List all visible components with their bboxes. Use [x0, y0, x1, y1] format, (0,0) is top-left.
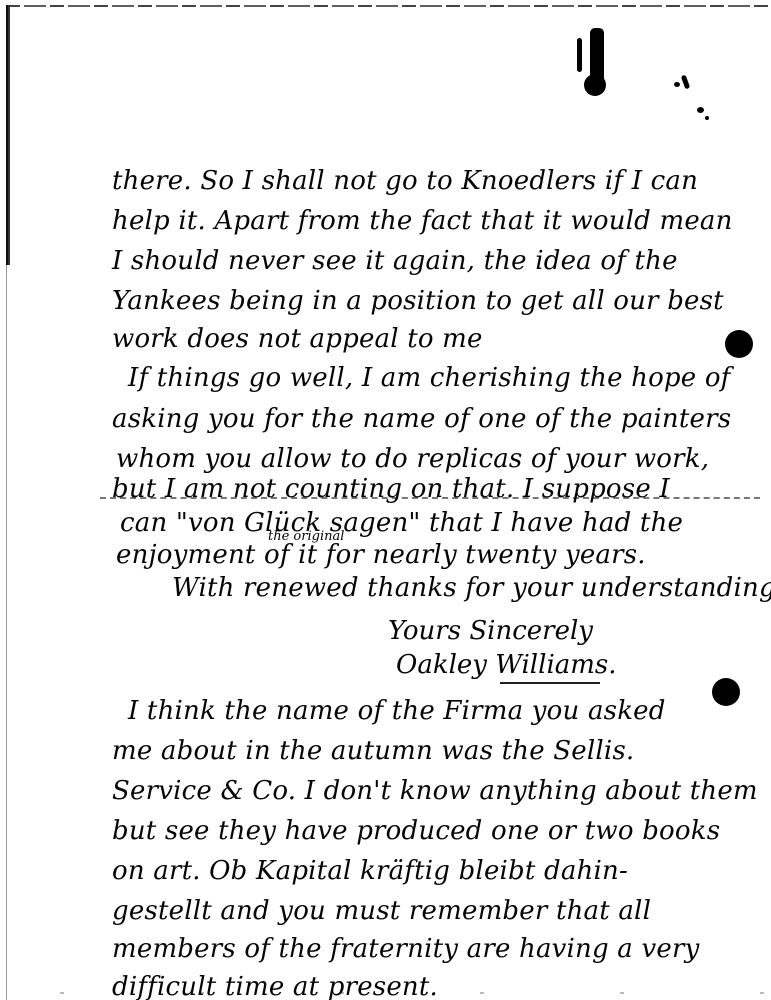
paragraph-3-line-1: With renewed thanks for your understandi… [172, 575, 771, 601]
scan-left-edge [6, 5, 11, 265]
letter-page: there. So I shall not go to Knoedlers if… [0, 0, 771, 1000]
valediction: Yours Sincerely [388, 616, 593, 646]
postscript-line-8: difficult time at present. [112, 974, 438, 1000]
paragraph-1-line-3: I should never see it again, the idea of… [112, 248, 678, 274]
paragraph-2-line-6: enjoyment of it for nearly twenty years. [116, 542, 646, 568]
signature: Oakley Williams. [396, 650, 617, 680]
paragraph-1-line-2: help it. Apart from the fact that it wou… [112, 208, 733, 234]
paragraph-2-line-5: can "von Glück sagen" that I have had th… [120, 510, 683, 536]
paragraph-1-line-5: work does not appeal to me [112, 326, 483, 352]
signature-underline [500, 682, 600, 684]
paragraph-2-line-2: asking you for the name of one of the pa… [112, 406, 731, 432]
postscript-line-7: members of the fraternity are having a v… [112, 936, 699, 962]
postscript-line-5: on art. Ob Kapital kräftig bleibt dahin- [112, 858, 628, 884]
postscript-line-4: but see they have produced one or two bo… [112, 818, 720, 844]
ink-blot-icon [577, 38, 582, 72]
ink-speck-icon [674, 82, 680, 87]
ink-speck-icon [681, 75, 690, 90]
ink-speck-icon [705, 116, 709, 120]
punch-hole-icon [712, 678, 740, 706]
postscript-line-6: gestellt and you must remember that all [112, 898, 651, 924]
paragraph-1-line-1: there. So I shall not go to Knoedlers if… [112, 168, 698, 194]
paragraph-2-line-3: whom you allow to do replicas of your wo… [116, 446, 709, 472]
scan-top-edge [6, 5, 771, 7]
punch-hole-icon [725, 330, 753, 358]
postscript-line-2: me about in the autumn was the Sellis. [112, 738, 634, 764]
ink-blot-icon [590, 28, 604, 94]
postscript-line-1: I think the name of the Firma you asked [128, 698, 666, 724]
paragraph-2-line-1: If things go well, I am cherishing the h… [128, 365, 731, 391]
ink-speck-icon [697, 107, 704, 113]
postscript-line-3: Service & Co. I don't know anything abou… [112, 778, 758, 804]
paragraph-1-line-4: Yankees being in a position to get all o… [112, 288, 724, 314]
paragraph-2-line-4: but I am not counting on that. I suppose… [112, 476, 670, 502]
scan-left-line [6, 265, 7, 1000]
